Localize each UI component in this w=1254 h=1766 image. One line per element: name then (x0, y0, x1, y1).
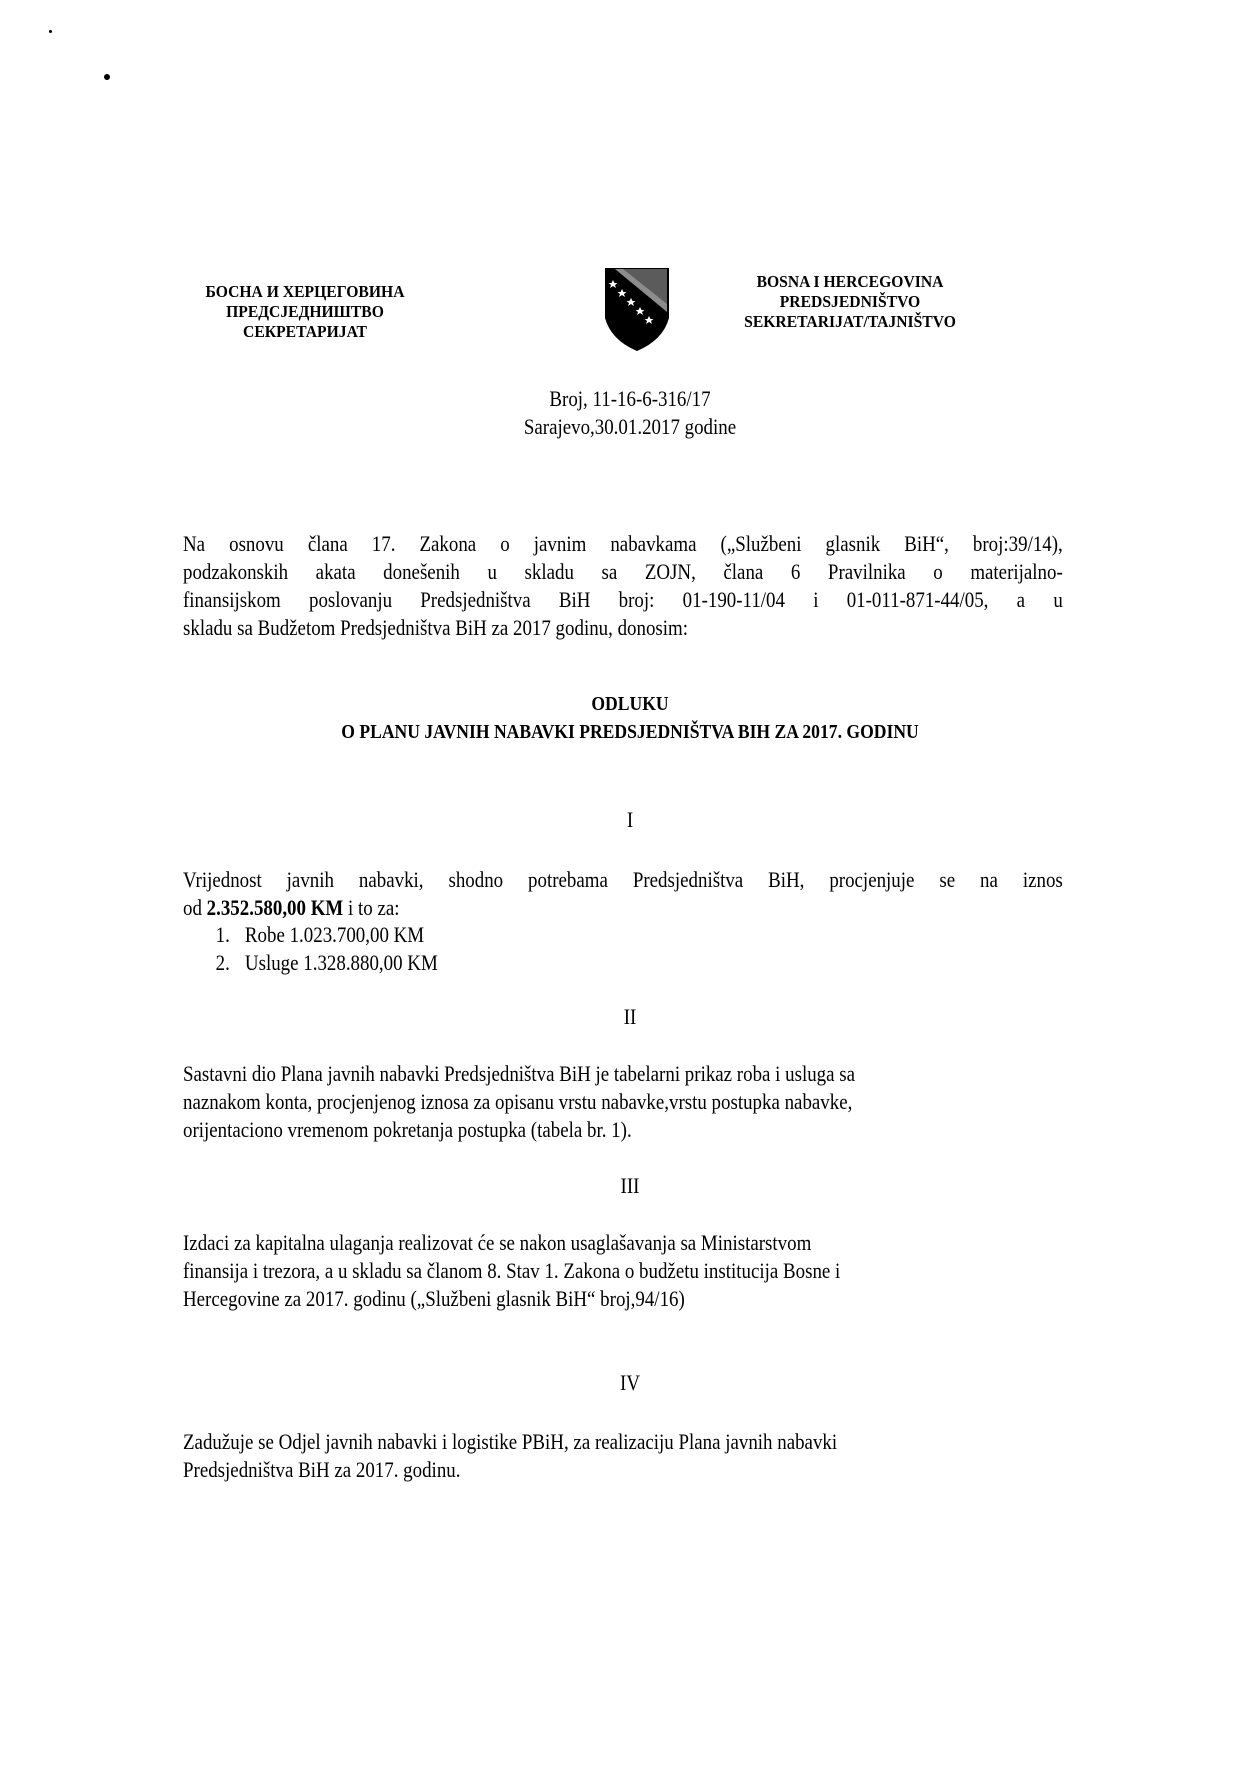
text-line: Vrijednost javnih nabavki, shodno potreb… (183, 866, 1063, 894)
text-line: naznakom konta, procjenjenog iznosa za o… (183, 1088, 1063, 1116)
reference-number: Broj, 11-16-6-316/17 (458, 385, 802, 413)
text-fragment: i to za: (343, 895, 399, 920)
preamble-paragraph: Na osnovu člana 17. Zakona o javnim naba… (183, 530, 1063, 642)
section-4-paragraph: Zadužuje se Odjel javnih nabavki i logis… (183, 1428, 1063, 1484)
decision-title: ODLUKU O PLANU JAVNIH NABAVKI PREDSJEDNI… (190, 690, 1070, 746)
scan-speck (104, 74, 110, 80)
text-line: Zadužuje se Odjel javnih nabavki i logis… (183, 1428, 1063, 1456)
letterhead-cyrillic: БОСНА И ХЕРЦЕГОВИНА ПРЕДСЈЕДНИШТВО СЕКРЕ… (162, 282, 447, 342)
place-date: Sarajevo,30.01.2017 godine (458, 413, 802, 441)
title-line-2: O PLANU JAVNIH NABAVKI PREDSJEDNIŠTVA BI… (190, 718, 1070, 746)
letterhead-line: BOSNA I HERCEGOVINA (712, 272, 988, 292)
section-3-paragraph: Izdaci za kapitalna ulaganja realizovat … (183, 1229, 1063, 1313)
text-line: Predsjedništva BiH za 2017. godinu. (183, 1456, 1063, 1484)
text-line: finansijskom poslovanju Predsjedništva B… (183, 586, 1063, 614)
total-amount: 2.352.580,00 KM (207, 895, 344, 920)
letterhead-line: ПРЕДСЈЕДНИШТВО (162, 302, 447, 322)
text-line: podzakonskih akata donešenih u skladu sa… (183, 558, 1063, 586)
text-line: orijentaciono vremenom pokretanja postup… (183, 1116, 1063, 1144)
list-item: 1.Robe 1.023.700,00 KM (183, 921, 438, 949)
section-numeral-3: III (587, 1172, 673, 1200)
list-number: 2. (216, 949, 245, 977)
coat-of-arms-icon (603, 266, 671, 352)
section-numeral-1: I (587, 806, 673, 834)
text-line: Izdaci za kapitalna ulaganja realizovat … (183, 1229, 1063, 1257)
list-item: 2.Usluge 1.328.880,00 KM (183, 949, 438, 977)
section-numeral-4: IV (587, 1369, 673, 1397)
letterhead-line: БОСНА И ХЕРЦЕГОВИНА (162, 282, 447, 302)
list-text: Robe 1.023.700,00 KM (245, 922, 424, 947)
section-numeral-2: II (587, 1003, 673, 1031)
amount-list: 1.Robe 1.023.700,00 KM 2.Usluge 1.328.88… (183, 921, 438, 977)
letterhead-latin: BOSNA I HERCEGOVINA PREDSJEDNIŠTVO SEKRE… (712, 272, 988, 332)
letterhead-line: СЕКРЕТАРИЈАТ (162, 322, 447, 342)
section-1-paragraph: Vrijednost javnih nabavki, shodno potreb… (183, 866, 1063, 922)
text-line: od 2.352.580,00 KM i to za: (183, 894, 1063, 922)
text-fragment: od (183, 895, 207, 920)
letterhead-line: SEKRETARIJAT/TAJNIŠTVO (712, 312, 988, 332)
text-line: Hercegovine za 2017. godinu („Službeni g… (183, 1285, 1063, 1313)
section-2-paragraph: Sastavni dio Plana javnih nabavki Predsj… (183, 1060, 1063, 1144)
scan-speck (49, 30, 52, 33)
title-line-1: ODLUKU (190, 690, 1070, 718)
text-line: Na osnovu člana 17. Zakona o javnim naba… (183, 530, 1063, 558)
document-reference: Broj, 11-16-6-316/17 Sarajevo,30.01.2017… (458, 385, 802, 441)
text-line: finansija i trezora, a u skladu sa člano… (183, 1257, 1063, 1285)
text-line: Sastavni dio Plana javnih nabavki Predsj… (183, 1060, 1063, 1088)
letterhead-line: PREDSJEDNIŠTVO (712, 292, 988, 312)
text-line: skladu sa Budžetom Predsjedništva BiH za… (183, 614, 1063, 642)
list-text: Usluge 1.328.880,00 KM (245, 950, 438, 975)
list-number: 1. (216, 921, 245, 949)
